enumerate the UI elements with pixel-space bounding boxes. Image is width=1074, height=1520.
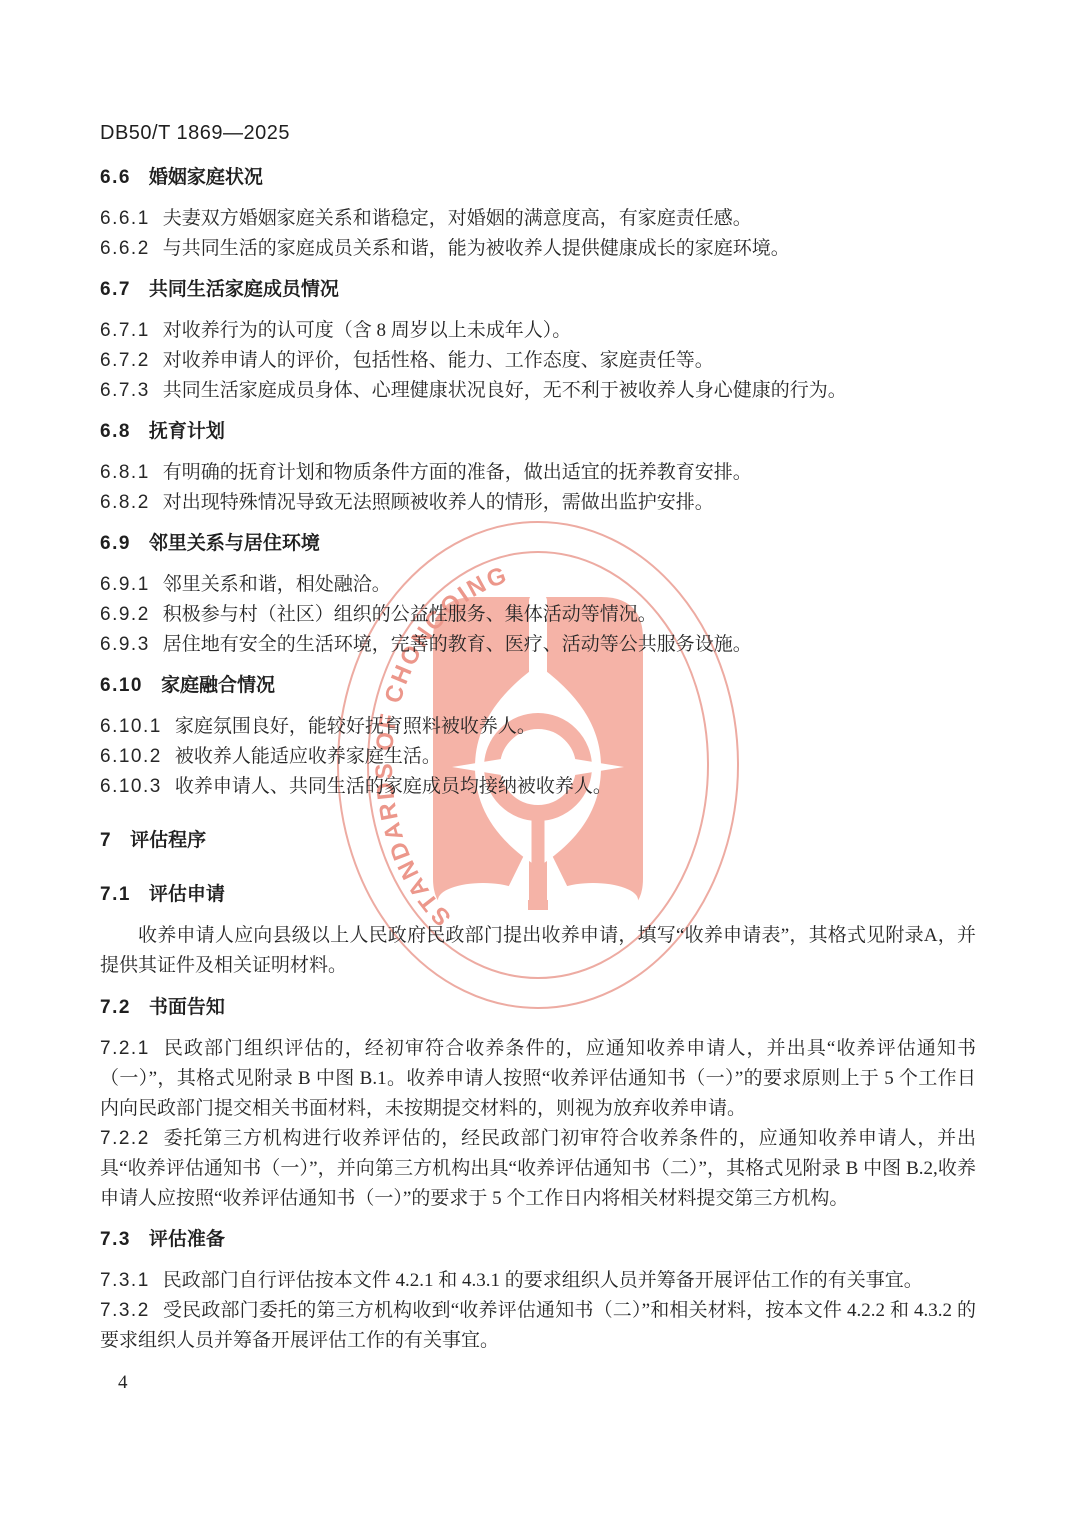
paragraph-7-1: 收养申请人应向县级以上人民政府民政部门提出收养申请，填写“收养申请表”，其格式见…: [100, 921, 976, 981]
section-number: 7.3: [100, 1229, 131, 1250]
section-heading-6-8: 6.8抚育计划: [100, 417, 976, 447]
clause-7-2-2: 7.2.2委托第三方机构进行收养评估的，经民政部门初审符合收养条件的，应通知收养…: [100, 1124, 976, 1214]
clause-7-2-1: 7.2.1民政部门组织评估的，经初审符合收养条件的，应通知收养申请人，并出具“收…: [100, 1034, 976, 1124]
clause-text: 委托第三方机构进行收养评估的，经民政部门初审符合收养条件的，应通知收养申请人，并…: [100, 1128, 976, 1209]
clause-number: 6.9.1: [100, 574, 150, 595]
section-heading-6-9: 6.9邻里关系与居住环境: [100, 529, 976, 559]
clause-text: 积极参与村（社区）组织的公益性服务、集体活动等情况。: [163, 604, 657, 625]
clause-6-9-1: 6.9.1邻里关系和谐，相处融洽。: [100, 570, 976, 600]
section-heading-7-3: 7.3评估准备: [100, 1225, 976, 1255]
clause-text: 居住地有安全的生活环境，完善的教育、医疗、活动等公共服务设施。: [163, 634, 752, 655]
section-number: 6.6: [100, 167, 131, 188]
clause-text: 对收养行为的认可度（含 8 周岁以上未成年人）。: [163, 320, 572, 341]
clause-6-10-2: 6.10.2被收养人能适应收养家庭生活。: [100, 742, 976, 772]
clause-text: 被收养人能适应收养家庭生活。: [175, 746, 441, 767]
clause-number: 6.9.2: [100, 604, 150, 625]
clause-number: 6.10.2: [100, 746, 162, 767]
clause-number: 6.6.1: [100, 208, 150, 229]
clause-text: 有明确的抚育计划和物质条件方面的准备，做出适宜的抚养教育安排。: [163, 462, 752, 483]
clause-6-10-3: 6.10.3收养申请人、共同生活的家庭成员均接纳被收养人。: [100, 772, 976, 802]
section-heading-7-2: 7.2书面告知: [100, 993, 976, 1023]
clause-text: 共同生活家庭成员身体、心理健康状况良好，无不利于被收养人身心健康的行为。: [163, 380, 847, 401]
clause-text: 与共同生活的家庭成员关系和谐，能为被收养人提供健康成长的家庭环境。: [163, 238, 790, 259]
clause-number: 7.2.1: [100, 1038, 150, 1059]
clause-number: 7.2.2: [100, 1128, 150, 1149]
section-title: 评估申请: [149, 884, 225, 905]
clause-6-9-3: 6.9.3居住地有安全的生活环境，完善的教育、医疗、活动等公共服务设施。: [100, 630, 976, 660]
clause-text: 家庭氛围良好，能较好抚育照料被收养人。: [175, 716, 536, 737]
clause-6-8-1: 6.8.1有明确的抚育计划和物质条件方面的准备，做出适宜的抚养教育安排。: [100, 458, 976, 488]
clause-number: 6.8.1: [100, 462, 150, 483]
clause-number: 6.7.2: [100, 350, 150, 371]
chapter-number: 7: [100, 830, 112, 851]
section-title: 家庭融合情况: [161, 675, 275, 696]
clause-number: 7.3.1: [100, 1270, 150, 1291]
section-title: 书面告知: [149, 997, 225, 1018]
document-page: STANDARDS OF CHONGQING DB50/T 1869—2025 …: [0, 0, 1074, 1520]
clause-6-6-1: 6.6.1夫妻双方婚姻家庭关系和谐稳定，对婚姻的满意度高，有家庭责任感。: [100, 204, 976, 234]
clause-6-8-2: 6.8.2对出现特殊情况导致无法照顾被收养人的情形，需做出监护安排。: [100, 488, 976, 518]
section-heading-6-7: 6.7共同生活家庭成员情况: [100, 275, 976, 305]
page-content: DB50/T 1869—2025 6.6婚姻家庭状况 6.6.1夫妻双方婚姻家庭…: [100, 122, 976, 1356]
clause-text: 收养申请人、共同生活的家庭成员均接纳被收养人。: [175, 776, 612, 797]
clause-6-10-1: 6.10.1家庭氛围良好，能较好抚育照料被收养人。: [100, 712, 976, 742]
section-heading-6-6: 6.6婚姻家庭状况: [100, 163, 976, 193]
clause-number: 6.6.2: [100, 238, 150, 259]
chapter-heading-7: 7评估程序: [100, 826, 976, 856]
section-number: 7.1: [100, 884, 131, 905]
clause-text: 受民政部门委托的第三方机构收到“收养评估通知书（二）”和相关材料，按本文件 4.…: [100, 1300, 976, 1351]
page-number: 4: [118, 1372, 128, 1394]
clause-text: 对收养申请人的评价，包括性格、能力、工作态度、家庭责任等。: [163, 350, 714, 371]
section-number: 6.8: [100, 421, 131, 442]
section-number: 6.7: [100, 279, 131, 300]
clause-text: 邻里关系和谐，相处融洽。: [163, 574, 391, 595]
doc-code-header: DB50/T 1869—2025: [100, 122, 976, 145]
clause-text: 对出现特殊情况导致无法照顾被收养人的情形，需做出监护安排。: [163, 492, 714, 513]
clause-6-7-3: 6.7.3共同生活家庭成员身体、心理健康状况良好，无不利于被收养人身心健康的行为…: [100, 376, 976, 406]
section-title: 共同生活家庭成员情况: [149, 279, 339, 300]
clause-number: 6.9.3: [100, 634, 150, 655]
clause-text: 民政部门组织评估的，经初审符合收养条件的，应通知收养申请人，并出具“收养评估通知…: [100, 1038, 976, 1119]
clause-number: 7.3.2: [100, 1300, 150, 1321]
section-title: 邻里关系与居住环境: [149, 533, 320, 554]
section-heading-6-10: 6.10家庭融合情况: [100, 671, 976, 701]
section-title: 婚姻家庭状况: [149, 167, 263, 188]
clause-6-7-1: 6.7.1对收养行为的认可度（含 8 周岁以上未成年人）。: [100, 316, 976, 346]
section-title: 抚育计划: [149, 421, 225, 442]
clause-7-3-2: 7.3.2受民政部门委托的第三方机构收到“收养评估通知书（二）”和相关材料，按本…: [100, 1296, 976, 1356]
clause-6-6-2: 6.6.2与共同生活的家庭成员关系和谐，能为被收养人提供健康成长的家庭环境。: [100, 234, 976, 264]
section-heading-7-1: 7.1评估申请: [100, 880, 976, 910]
section-number: 6.9: [100, 533, 131, 554]
clause-6-9-2: 6.9.2积极参与村（社区）组织的公益性服务、集体活动等情况。: [100, 600, 976, 630]
clause-number: 6.7.3: [100, 380, 150, 401]
clause-number: 6.10.1: [100, 716, 162, 737]
clause-7-3-1: 7.3.1民政部门自行评估按本文件 4.2.1 和 4.3.1 的要求组织人员并…: [100, 1266, 976, 1296]
clause-number: 6.10.3: [100, 776, 162, 797]
section-title: 评估准备: [149, 1229, 225, 1250]
section-number: 6.10: [100, 675, 143, 696]
clause-number: 6.7.1: [100, 320, 150, 341]
section-number: 7.2: [100, 997, 131, 1018]
clause-6-7-2: 6.7.2对收养申请人的评价，包括性格、能力、工作态度、家庭责任等。: [100, 346, 976, 376]
chapter-title: 评估程序: [130, 830, 206, 851]
clause-number: 6.8.2: [100, 492, 150, 513]
clause-text: 夫妻双方婚姻家庭关系和谐稳定，对婚姻的满意度高，有家庭责任感。: [163, 208, 752, 229]
clause-text: 民政部门自行评估按本文件 4.2.1 和 4.3.1 的要求组织人员并筹备开展评…: [163, 1270, 923, 1291]
